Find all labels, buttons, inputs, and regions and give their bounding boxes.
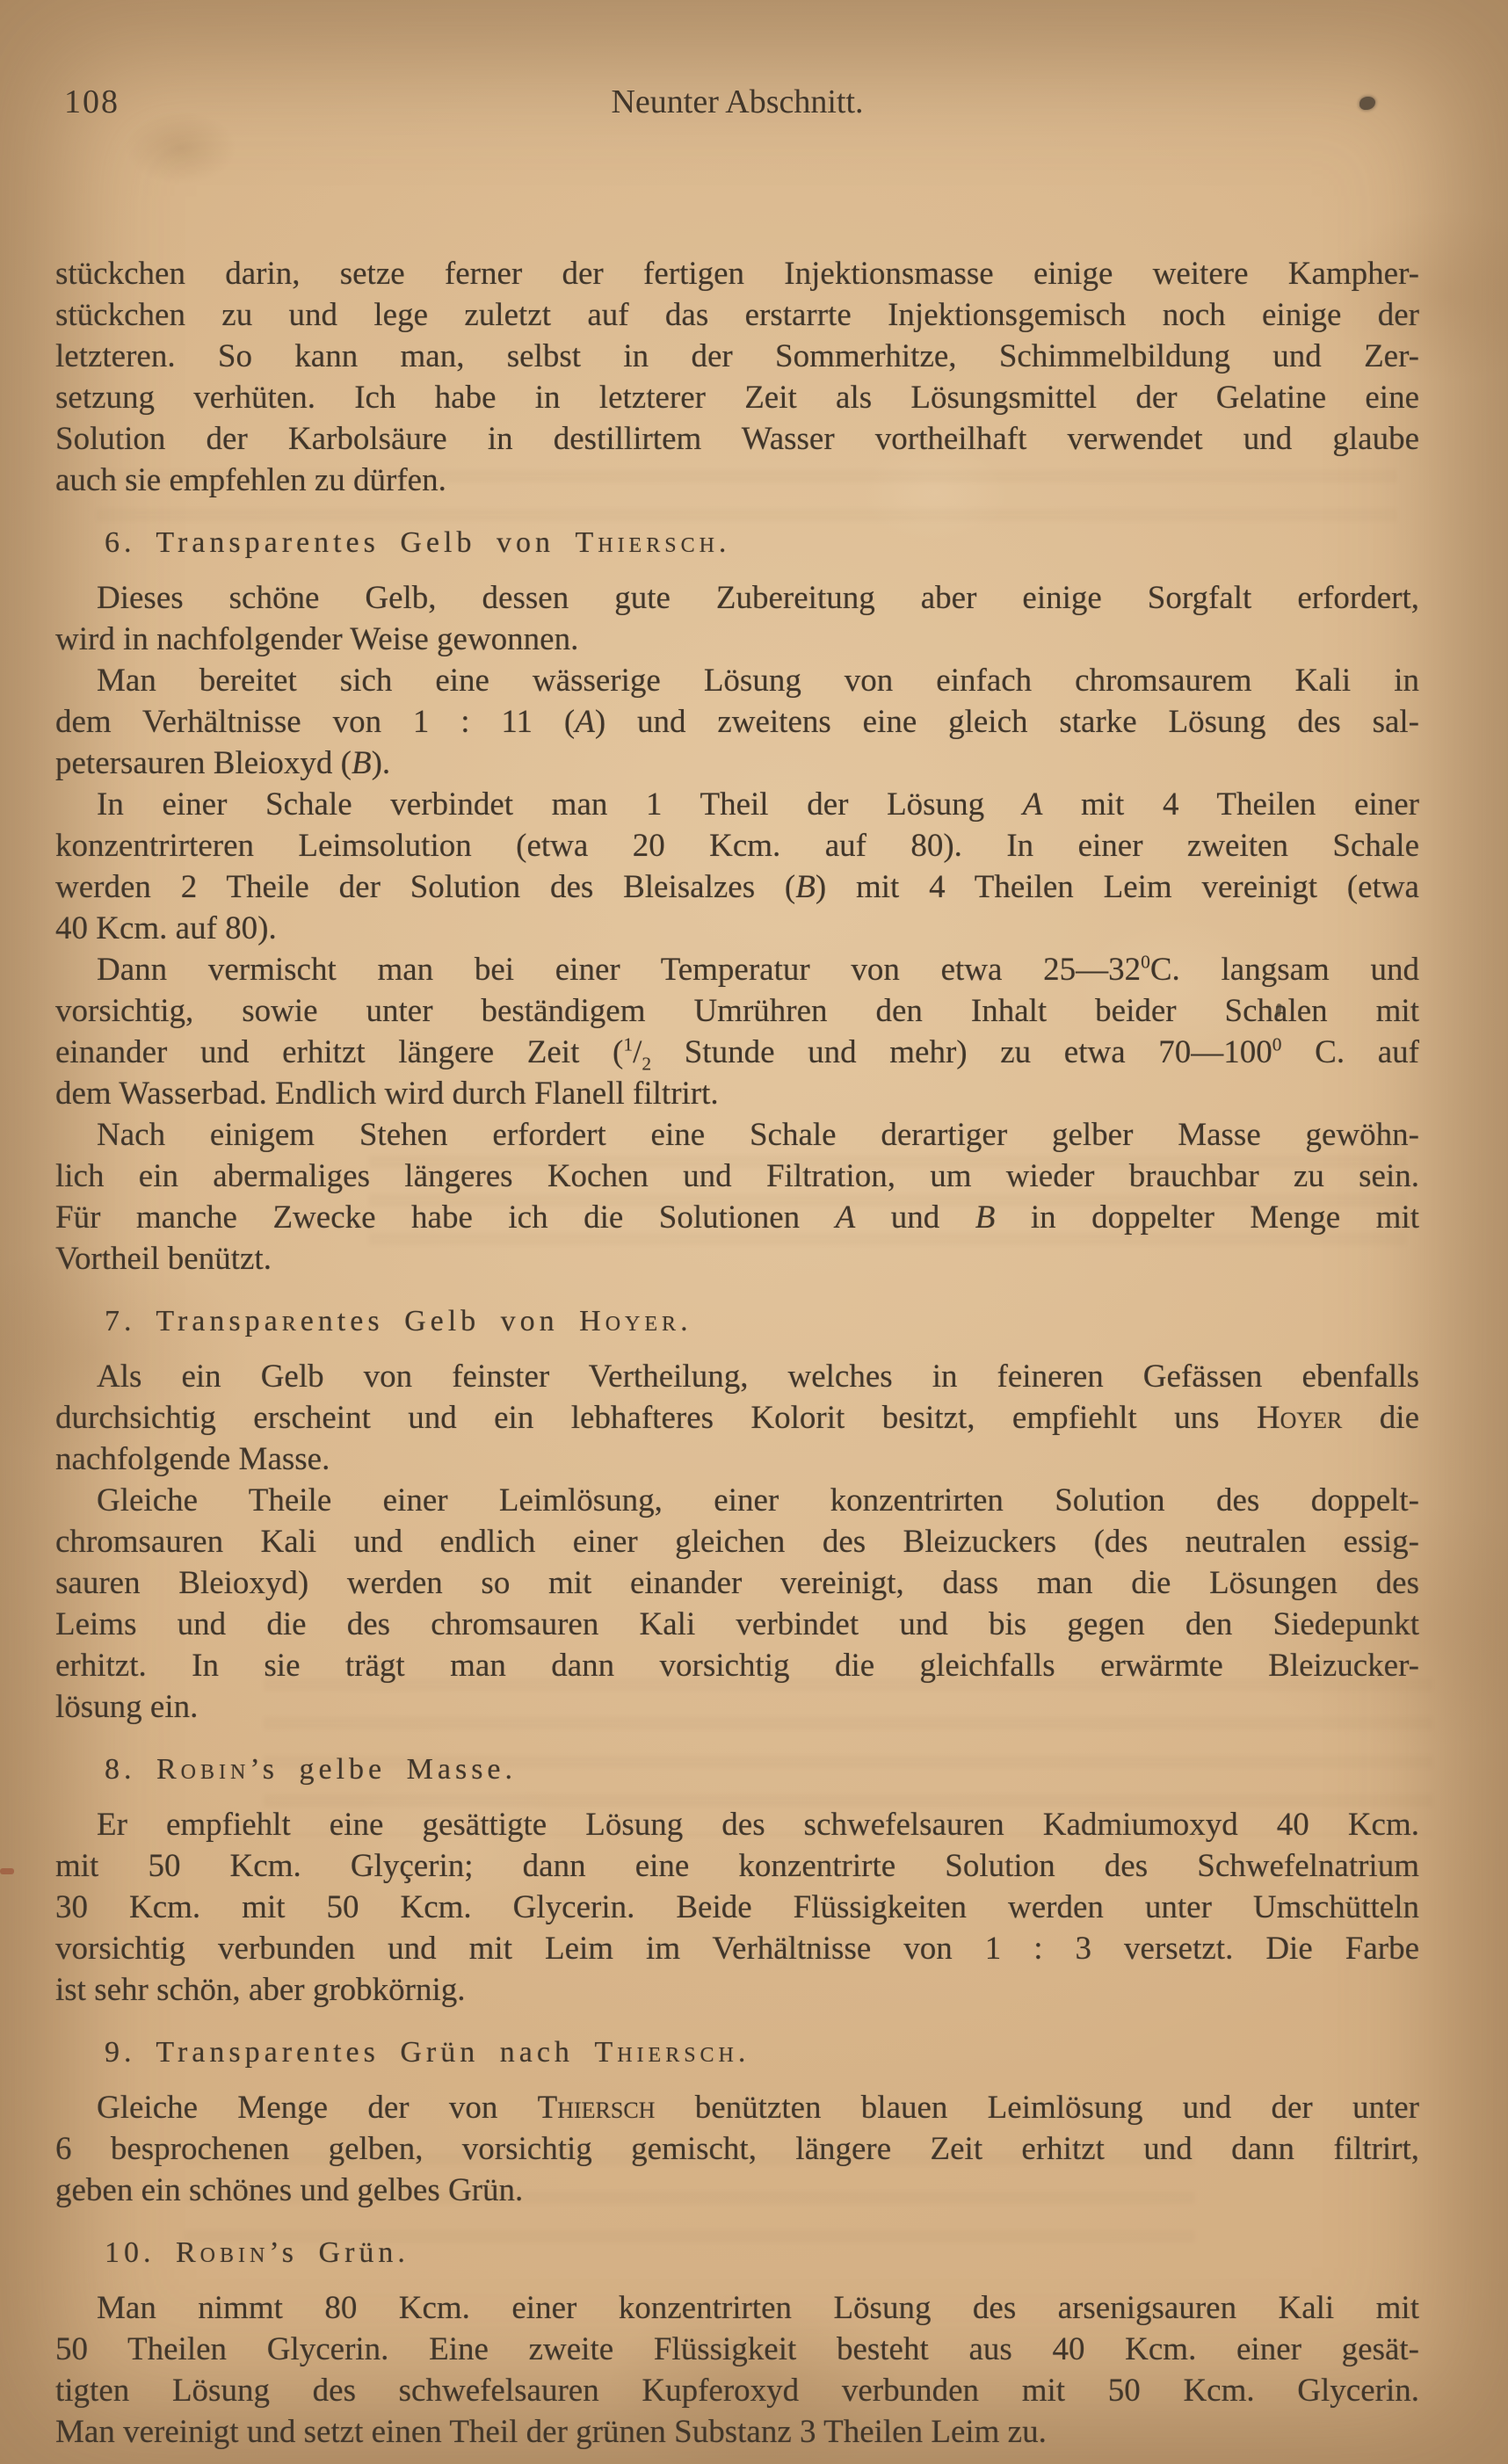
text-line: petersauren Bleioxyd (B).: [55, 743, 1419, 784]
text-line: einander und erhitzt längere Zeit (1/2 S…: [55, 1032, 1419, 1073]
text-segment: Gleiche Menge der von: [97, 2090, 538, 2126]
text-segment: vorsichtig verbunden und mit Leim im Ver…: [55, 1931, 1419, 1967]
text-segment: Man vereinigt und setzt einen Theil der …: [55, 2414, 1047, 2450]
text-segment: 0: [1272, 1034, 1282, 1055]
text-line: erhitzt. In sie trägt man dann vorsichti…: [55, 1645, 1419, 1686]
text-segment: r: [282, 1305, 301, 1337]
text-segment: ) mit 4 Theilen Leim vereinigt (etwa: [816, 869, 1419, 905]
text-line: In einer Schale verbindet man 1 Theil de…: [55, 784, 1419, 825]
text-segment: Dieses schöne Gelb, dessen gute Zubereit…: [97, 580, 1419, 616]
section-heading: 9. Transparentes Grün nach Thiersch.: [105, 2032, 1419, 2073]
text-segment: 0: [1141, 952, 1150, 973]
paragraph: Er empfiehlt eine gesättigte Lösung des …: [55, 1804, 1419, 2011]
text-line: konzentrirteren Leimsolution (etwa 20 Kc…: [55, 825, 1419, 866]
text-line: ist sehr schön, aber grobkörnig.: [55, 1969, 1419, 2011]
text-segment: 40 Kcm. auf 80).: [55, 910, 277, 946]
section-heading: 6. Transparentes Gelb von Thiersch.: [105, 522, 1419, 563]
text-line: sauren Bleioxyd) werden so mit einander …: [55, 1562, 1419, 1604]
paragraph: Nach einigem Stehen erfordert eine Schal…: [55, 1114, 1419, 1279]
text-segment: Vortheil benützt.: [55, 1241, 272, 1277]
text-line: Dieses schöne Gelb, dessen gute Zubereit…: [55, 577, 1419, 619]
paragraph: Gleiche Theile einer Leimlösung, einer k…: [55, 1480, 1419, 1728]
text-line: Man bereitet sich eine wässerige Lösung …: [55, 660, 1419, 701]
text-line: Man nimmt 80 Kcm. einer konzentrirten Lö…: [55, 2287, 1419, 2329]
text-segment: .: [719, 526, 731, 559]
text-segment: Hoyer: [1257, 1400, 1343, 1436]
text-segment: Leims und die des chromsauren Kali verbi…: [55, 1606, 1419, 1642]
text-segment: B: [975, 1199, 996, 1236]
text-segment: Robin: [176, 2236, 269, 2269]
text-segment: Man bereitet sich eine wässerige Lösung …: [97, 663, 1419, 699]
text-segment: Für manche Zwecke habe ich die Solutione…: [55, 1199, 836, 1236]
text-segment: werden 2 Theile der Solution des Bleisal…: [55, 869, 795, 905]
text-segment: tigten Lösung des schwefelsauren Kupfero…: [55, 2373, 1419, 2409]
text-line: geben ein schönes und gelbes Grün.: [55, 2170, 1419, 2211]
text-line: dem Wasserbad. Endlich wird durch Flanel…: [55, 1073, 1419, 1114]
text-segment: ).: [372, 745, 391, 781]
text-line: 40 Kcm. auf 80).: [55, 908, 1419, 949]
running-head: 108 Neunter Abschnitt.: [55, 81, 1419, 125]
text-segment: B: [352, 745, 372, 781]
text-segment: ) und zweitens eine gleich starke Lösung…: [595, 704, 1419, 740]
text-line: Vortheil benützt.: [55, 1238, 1419, 1279]
text-segment: /: [633, 1034, 642, 1070]
text-segment: konzentrirteren Leimsolution (etwa 20 Kc…: [55, 828, 1419, 864]
text-segment: die: [1342, 1400, 1419, 1436]
text-segment: 6 besprochenen gelben, vorsichtig gemisc…: [55, 2131, 1419, 2167]
text-line: Gleiche Theile einer Leimlösung, einer k…: [55, 1480, 1419, 1521]
text-segment: stückchen zu und lege zuletzt auf das er…: [55, 297, 1419, 333]
text-segment: wird in nachfolgender Weise gewonnen.: [55, 621, 578, 657]
text-segment: 50 Theilen Glycerin. Eine zweite Flüssig…: [55, 2331, 1419, 2367]
text-segment: sauren Bleioxyd) werden so mit einander …: [55, 1565, 1419, 1601]
text-segment: Thiersch: [575, 526, 718, 559]
paragraph: In einer Schale verbindet man 1 Theil de…: [55, 784, 1419, 949]
text-line: dem Verhältnisse von 1 : 11 (A) und zwei…: [55, 701, 1419, 743]
text-segment: 7. Transpa: [105, 1305, 282, 1337]
text-line: stückchen zu und lege zuletzt auf das er…: [55, 294, 1419, 336]
text-segment: .: [680, 1305, 692, 1337]
text-segment: Dann vermischt man bei einer Temperatur …: [97, 952, 1141, 988]
text-segment: mit 50 Kcm. Glyçerin; dann eine konzentr…: [55, 1848, 1419, 1884]
text-segment: Solution der Karbolsäure in destillirtem…: [55, 421, 1419, 457]
text-line: setzung verhüten. Ich habe in letzterer …: [55, 377, 1419, 418]
text-line: durchsichtig erscheint und ein lebhafter…: [55, 1397, 1419, 1439]
text-segment: ’s Grün.: [269, 2236, 410, 2269]
text-segment: Thiersch: [594, 2036, 737, 2069]
text-segment: 9. Transparentes Grün nach: [105, 2036, 594, 2069]
text-segment: 8.: [105, 1753, 156, 1786]
text-segment: petersauren Bleioxyd (: [55, 745, 352, 781]
text-segment: Gleiche Theile einer Leimlösung, einer k…: [97, 1482, 1419, 1518]
text-line: mit 50 Kcm. Glyçerin; dann eine konzentr…: [55, 1845, 1419, 1887]
text-segment: 1: [623, 1034, 633, 1055]
text-segment: Man nimmt 80 Kcm. einer konzentrirten Lö…: [97, 2290, 1419, 2326]
paragraph: Dann vermischt man bei einer Temperatur …: [55, 949, 1419, 1114]
text-segment: durchsichtig erscheint und ein lebhafter…: [55, 1400, 1257, 1436]
text-segment: ist sehr schön, aber grobkörnig.: [55, 1972, 466, 2008]
text-segment: in doppelter Menge mit: [995, 1199, 1419, 1236]
text-line: Als ein Gelb von feinster Vertheilung, w…: [55, 1356, 1419, 1397]
text-segment: A: [575, 704, 595, 740]
paragraph: Man nimmt 80 Kcm. einer konzentrirten Lö…: [55, 2287, 1419, 2453]
text-line: Für manche Zwecke habe ich die Solutione…: [55, 1197, 1419, 1238]
text-segment: Hoyer: [579, 1305, 680, 1337]
text-line: vorsichtig verbunden und mit Leim im Ver…: [55, 1928, 1419, 1969]
paragraph: Gleiche Menge der von Thiersch benützten…: [55, 2087, 1419, 2211]
text-line: wird in nachfolgender Weise gewonnen.: [55, 619, 1419, 660]
text-line: stückchen darin, setze ferner der fertig…: [55, 253, 1419, 294]
text-column: stückchen darin, setze ferner der fertig…: [55, 253, 1419, 2453]
text-line: Leims und die des chromsauren Kali verbi…: [55, 1604, 1419, 1645]
running-header-title: Neunter Abschnitt.: [55, 81, 1419, 123]
text-segment: A: [1023, 786, 1043, 823]
text-line: Man vereinigt und setzt einen Theil der …: [55, 2411, 1419, 2453]
text-line: lösung ein.: [55, 1686, 1419, 1728]
text-line: lich ein abermaliges längeres Kochen und…: [55, 1156, 1419, 1197]
paragraph: Als ein Gelb von feinster Vertheilung, w…: [55, 1356, 1419, 1480]
text-line: Nach einigem Stehen erfordert eine Schal…: [55, 1114, 1419, 1156]
paragraph: Man bereitet sich eine wässerige Lösung …: [55, 660, 1419, 784]
text-segment: Er empfiehlt eine gesättigte Lösung des …: [97, 1807, 1419, 1843]
text-segment: entes Gelb von: [301, 1305, 579, 1337]
text-segment: Robin: [156, 1753, 250, 1786]
text-line: 30 Kcm. mit 50 Kcm. Glycerin. Beide Flüs…: [55, 1887, 1419, 1928]
text-segment: benützten blauen Leimlösung und der unte…: [655, 2090, 1419, 2126]
margin-mark: [0, 1868, 14, 1874]
text-segment: C. auf: [1282, 1034, 1419, 1070]
text-line: chromsauren Kali und endlich einer gleic…: [55, 1521, 1419, 1562]
text-line: letzteren. So kann man, selbst in der So…: [55, 336, 1419, 377]
text-segment: .: [738, 2036, 750, 2069]
text-segment: setzung verhüten. Ich habe in letzterer …: [55, 380, 1419, 416]
text-line: Gleiche Menge der von Thiersch benützten…: [55, 2087, 1419, 2128]
text-line: vorsichtig, sowie unter beständigem Umrü…: [55, 990, 1419, 1032]
section-heading: 8. Robin’s gelbe Masse.: [105, 1749, 1419, 1790]
text-line: werden 2 Theile der Solution des Bleisal…: [55, 866, 1419, 908]
text-segment: und: [855, 1199, 975, 1236]
text-segment: mit 4 Theilen einer: [1042, 786, 1419, 823]
text-segment: letzteren. So kann man, selbst in der So…: [55, 338, 1419, 374]
text-segment: stückchen darin, setze ferner der fertig…: [55, 256, 1419, 292]
text-segment: erhitzt. In sie trägt man dann vorsichti…: [55, 1648, 1419, 1684]
text-segment: einander und erhitzt längere Zeit (: [55, 1034, 623, 1070]
text-segment: 2: [642, 1053, 651, 1074]
text-segment: 10.: [105, 2236, 176, 2269]
paragraph: Dieses schöne Gelb, dessen gute Zubereit…: [55, 577, 1419, 660]
text-line: nachfolgende Masse.: [55, 1439, 1419, 1480]
text-segment: nachfolgende Masse.: [55, 1441, 330, 1477]
text-segment: dem Verhältnisse von 1 : 11 (: [55, 704, 575, 740]
text-segment: vorsichtig, sowie unter beständigem Umrü…: [55, 993, 1419, 1029]
text-segment: C. langsam und: [1150, 952, 1419, 988]
text-segment: Thiersch: [538, 2090, 656, 2126]
text-line: tigten Lösung des schwefelsauren Kupfero…: [55, 2370, 1419, 2411]
text-segment: 6. Transparentes Gelb von: [105, 526, 575, 559]
text-segment: dem Wasserbad. Endlich wird durch Flanel…: [55, 1076, 719, 1112]
text-segment: Stunde und mehr) zu etwa 70—100: [651, 1034, 1272, 1070]
text-segment: lösung ein.: [55, 1689, 198, 1725]
text-line: 6 besprochenen gelben, vorsichtig gemisc…: [55, 2128, 1419, 2170]
section-heading: 7. Transparentes Gelb von Hoyer.: [105, 1301, 1419, 1342]
section-heading: 10. Robin’s Grün.: [105, 2232, 1419, 2273]
text-segment: In einer Schale verbindet man 1 Theil de…: [97, 786, 1023, 823]
text-line: Er empfiehlt eine gesättigte Lösung des …: [55, 1804, 1419, 1845]
text-segment: 30 Kcm. mit 50 Kcm. Glycerin. Beide Flüs…: [55, 1889, 1419, 1925]
text-segment: geben ein schönes und gelbes Grün.: [55, 2172, 523, 2208]
text-segment: Als ein Gelb von feinster Vertheilung, w…: [97, 1359, 1419, 1395]
paragraph: stückchen darin, setze ferner der fertig…: [55, 253, 1419, 501]
text-segment: lich ein abermaliges längeres Kochen und…: [55, 1158, 1419, 1194]
book-page: 108 Neunter Abschnitt. stückchen darin, …: [0, 0, 1508, 2464]
text-segment: Nach einigem Stehen erfordert eine Schal…: [97, 1117, 1419, 1153]
text-segment: auch sie empfehlen zu dürfen.: [55, 462, 446, 498]
text-line: Dann vermischt man bei einer Temperatur …: [55, 949, 1419, 990]
text-segment: chromsauren Kali und endlich einer gleic…: [55, 1524, 1419, 1560]
text-segment: B: [795, 869, 816, 905]
text-line: 50 Theilen Glycerin. Eine zweite Flüssig…: [55, 2329, 1419, 2370]
text-segment: A: [836, 1199, 856, 1236]
text-segment: ’s gelbe Masse.: [250, 1753, 517, 1786]
text-line: auch sie empfehlen zu dürfen.: [55, 460, 1419, 501]
text-line: Solution der Karbolsäure in destillirtem…: [55, 418, 1419, 460]
